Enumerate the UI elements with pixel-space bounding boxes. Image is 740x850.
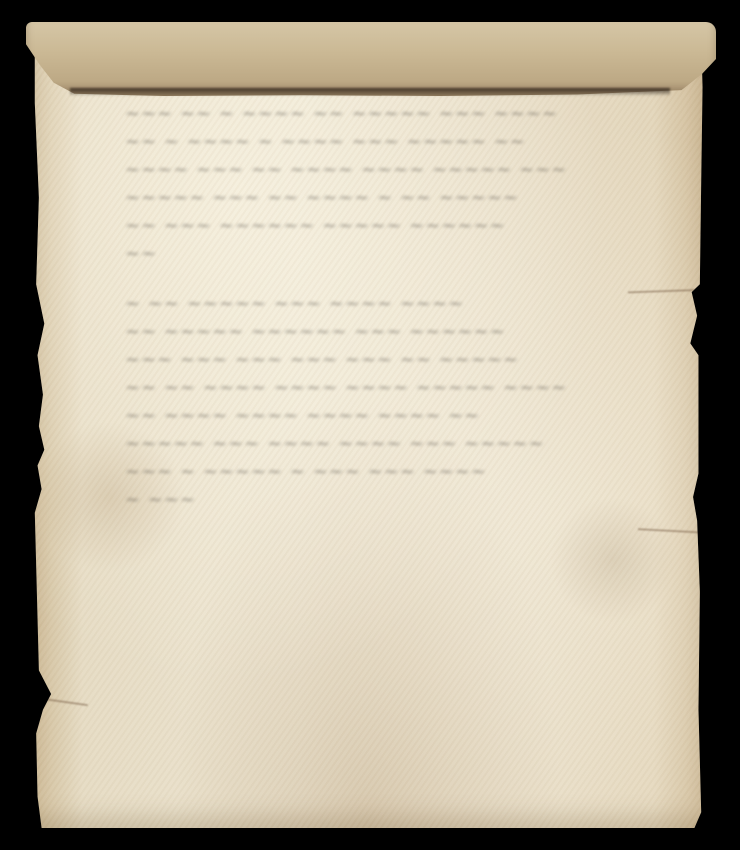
scroll-roll-shadow xyxy=(70,88,670,96)
handwritten-line: ~ ~~ ~~~~~ ~~~ ~~~~ ~~~~ xyxy=(125,290,567,318)
handwritten-line: ~~~ ~~~ ~~~ ~~~ ~~~ ~~ ~~~~~ xyxy=(125,346,567,374)
handwritten-line: ~ ~~~ xyxy=(125,486,567,514)
crease-right-lower xyxy=(638,528,708,534)
game-scene: ~~~ ~~ ~ ~~~~ ~~ ~~~~~ ~~~ ~~~~ ~~ ~ ~~~… xyxy=(0,0,740,850)
handwritten-line: ~~ ~ ~~~~ ~ ~~~~ ~~~ ~~~~~ ~~ xyxy=(125,128,567,156)
handwritten-line: ~~~ ~~ ~ ~~~~ ~~ ~~~~~ ~~~ ~~~~ xyxy=(125,100,567,128)
handwritten-line: ~~~~~ ~~~ ~~~~ ~~~~ ~~~ ~~~~~ xyxy=(125,430,567,458)
handwritten-line: ~~ ~~~~~ ~~~~~~ ~~~ ~~~~~~ xyxy=(125,318,567,346)
handwritten-paragraph-2: ~ ~~ ~~~~~ ~~~ ~~~~ ~~~~ ~~ ~~~~~ ~~~~~~… xyxy=(125,290,567,514)
handwritten-line: ~~~~ ~~~ ~~ ~~~~ ~~~~ ~~~~~ ~~~ xyxy=(125,156,567,184)
handwritten-line: ~~ xyxy=(125,240,567,268)
handwritten-line: ~~ ~~ ~~~~ ~~~~ ~~~~ ~~~~~ ~~~~ xyxy=(125,374,567,402)
handwritten-line: ~~~~~ ~~~ ~~ ~~~~ ~ ~~ ~~~~~ xyxy=(125,184,567,212)
scroll-top-roll xyxy=(26,22,716,96)
crease-left xyxy=(28,696,88,706)
crease-right-upper xyxy=(628,289,708,294)
handwritten-paragraph-1: ~~~ ~~ ~ ~~~~ ~~ ~~~~~ ~~~ ~~~~ ~~ ~ ~~~… xyxy=(125,100,567,268)
handwritten-line: ~~~ ~ ~~~~~ ~ ~~~ ~~~ ~~~~ xyxy=(125,458,567,486)
handwritten-line: ~~ ~~~ ~~~~~~ ~~~~~ ~~~~~~ xyxy=(125,212,567,240)
handwritten-line: ~~ ~~~~ ~~~~ ~~~~ ~~~~ ~~ xyxy=(125,402,567,430)
